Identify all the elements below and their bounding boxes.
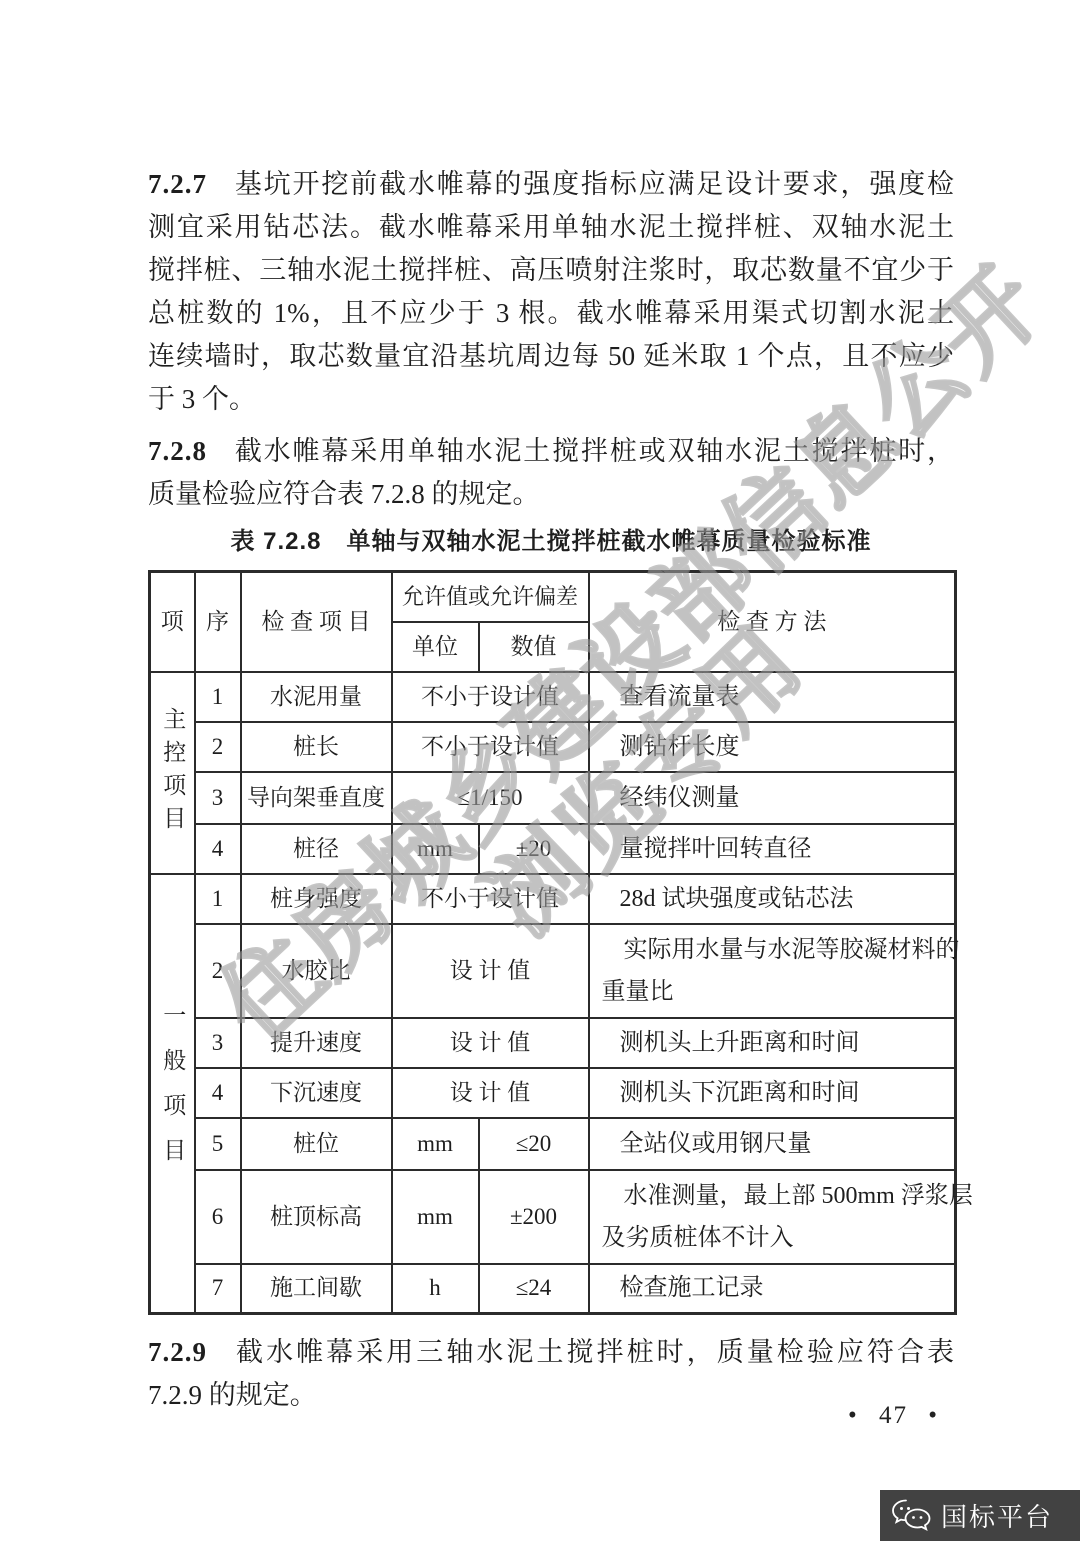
header-cell-method: 检 查 方 法 [589, 572, 956, 672]
cell-method-line: 及劣质桩体不计入 [602, 1217, 951, 1259]
clause-7-2-8: 7.2.8截水帷幕采用单轴水泥土搅拌桩或双轴水泥土搅拌桩时， 质量检验应符合表 … [148, 430, 954, 516]
cell-no: 3 [195, 1018, 241, 1068]
cell-value: ±20 [479, 824, 589, 874]
clause-text: 截水帷幕采用三轴水泥土搅拌桩时，质量检验应符合表 [233, 1337, 954, 1367]
cell-method-line: 水准测量，最上部 500mm 浮浆层 [602, 1175, 951, 1217]
page-content: 7.2.7基坑开挖前截水帷幕的强度指标应满足设计要求，强度检 测宜采用钻芯法。截… [148, 163, 954, 1417]
header-cell-value: 数值 [479, 622, 589, 672]
table-row: 5 桩位 mm ≤20 全站仪或用钢尺量 [150, 1118, 956, 1170]
group-label-general: 一般项目 [150, 874, 195, 1314]
cell-method: 测机头下沉距离和时间 [589, 1068, 956, 1118]
table-title: 表 7.2.8 单轴与双轴水泥土搅拌桩截水帷幕质量检验标准 [148, 524, 954, 560]
clause-line: 7.2.9截水帷幕采用三轴水泥土搅拌桩时，质量检验应符合表 [148, 1331, 954, 1374]
cell-method: 28d 试块强度或钻芯法 [589, 874, 956, 924]
clause-7-2-9: 7.2.9截水帷幕采用三轴水泥土搅拌桩时，质量检验应符合表 7.2.9 的规定。 [148, 1331, 954, 1417]
header-cell-unit: 单位 [392, 622, 479, 672]
cell-method: 测钻杆长度 [589, 722, 956, 772]
table-row: 7 施工间歇 h ≤24 检查施工记录 [150, 1264, 956, 1314]
table-row: 3 提升速度 设 计 值 测机头上升距离和时间 [150, 1018, 956, 1068]
cell-allow: 不小于设计值 [392, 672, 589, 722]
table-row: 4 下沉速度 设 计 值 测机头下沉距离和时间 [150, 1068, 956, 1118]
cell-no: 2 [195, 924, 241, 1018]
page-number: • 47 • [848, 1402, 939, 1430]
table-row: 主控项目 1 水泥用量 不小于设计值 查看流量表 [150, 672, 956, 722]
cell-item: 桩长 [241, 722, 392, 772]
cell-item: 下沉速度 [241, 1068, 392, 1118]
cell-unit: mm [392, 1170, 479, 1264]
clause-number: 7.2.9 [148, 1337, 233, 1367]
clause-line: 总桩数的 1%，且不应少于 3 根。截水帷幕采用渠式切割水泥土 [148, 292, 954, 335]
table-row: 2 水胶比 设 计 值 实际用水量与水泥等胶凝材料的 重量比 [150, 924, 956, 1018]
wechat-icon [890, 1498, 932, 1534]
header-cell-allow: 允许值或允许偏差 [392, 572, 589, 622]
clause-text: 截水帷幕采用单轴水泥土搅拌桩或双轴水泥土搅拌桩时， [233, 436, 954, 466]
clause-line: 搅拌桩、三轴水泥土搅拌桩、高压喷射注浆时，取芯数量不宜少于 [148, 249, 954, 292]
cell-unit: h [392, 1264, 479, 1314]
document-page: 7.2.7基坑开挖前截水帷幕的强度指标应满足设计要求，强度检 测宜采用钻芯法。截… [0, 0, 1080, 1566]
clause-line: 于 3 个。 [148, 378, 954, 421]
cell-method-line: 实际用水量与水泥等胶凝材料的 [602, 929, 951, 971]
cell-allow: ≤1/150 [392, 772, 589, 824]
table-row: 4 桩径 mm ±20 量搅拌叶回转直径 [150, 824, 956, 874]
cell-allow: 不小于设计值 [392, 722, 589, 772]
cell-method: 检查施工记录 [589, 1264, 956, 1314]
cell-item: 桩顶标高 [241, 1170, 392, 1264]
table-row: 6 桩顶标高 mm ±200 水准测量，最上部 500mm 浮浆层 及劣质桩体不… [150, 1170, 956, 1264]
badge-label: 国标平台 [941, 1497, 1053, 1534]
cell-item: 导向架垂直度 [241, 772, 392, 824]
clause-text: 基坑开挖前截水帷幕的强度指标应满足设计要求，强度检 [233, 169, 954, 199]
cell-method: 水准测量，最上部 500mm 浮浆层 及劣质桩体不计入 [589, 1170, 956, 1264]
cell-no: 4 [195, 824, 241, 874]
cell-allow: 设 计 值 [392, 1018, 589, 1068]
table-header-row: 项 序 检 查 项 目 允许值或允许偏差 检 查 方 法 [150, 572, 956, 622]
clause-number: 7.2.7 [148, 169, 233, 199]
cell-allow: 设 计 值 [392, 924, 589, 1018]
cell-no: 1 [195, 672, 241, 722]
cell-method-line: 重量比 [602, 971, 951, 1013]
cell-value: ≤20 [479, 1118, 589, 1170]
clause-7-2-7: 7.2.7基坑开挖前截水帷幕的强度指标应满足设计要求，强度检 测宜采用钻芯法。截… [148, 163, 954, 421]
cell-item: 水胶比 [241, 924, 392, 1018]
cell-no: 6 [195, 1170, 241, 1264]
cell-item: 水泥用量 [241, 672, 392, 722]
clause-line: 7.2.7基坑开挖前截水帷幕的强度指标应满足设计要求，强度检 [148, 163, 954, 206]
cell-no: 7 [195, 1264, 241, 1314]
cell-unit: mm [392, 824, 479, 874]
cell-allow: 不小于设计值 [392, 874, 589, 924]
cell-value: ±200 [479, 1170, 589, 1264]
brand-badge: 国标平台 [880, 1490, 1080, 1541]
cell-no: 4 [195, 1068, 241, 1118]
cell-method: 查看流量表 [589, 672, 956, 722]
cell-item: 桩位 [241, 1118, 392, 1170]
cell-item: 桩身强度 [241, 874, 392, 924]
header-cell-check: 检 查 项 目 [241, 572, 392, 672]
cell-allow: 设 计 值 [392, 1068, 589, 1118]
cell-value: ≤24 [479, 1264, 589, 1314]
quality-inspection-table: 项 序 检 查 项 目 允许值或允许偏差 检 查 方 法 单位 数值 主控项目 … [148, 570, 957, 1315]
header-cell-seq: 序 [195, 572, 241, 672]
cell-item: 提升速度 [241, 1018, 392, 1068]
clause-line: 质量检验应符合表 7.2.8 的规定。 [148, 473, 954, 516]
clause-number: 7.2.8 [148, 436, 233, 466]
clause-line: 7.2.9 的规定。 [148, 1374, 954, 1417]
cell-method: 全站仪或用钢尺量 [589, 1118, 956, 1170]
cell-no: 5 [195, 1118, 241, 1170]
cell-item: 桩径 [241, 824, 392, 874]
cell-method: 实际用水量与水泥等胶凝材料的 重量比 [589, 924, 956, 1018]
cell-method: 量搅拌叶回转直径 [589, 824, 956, 874]
group-label-main: 主控项目 [150, 672, 195, 874]
cell-method: 经纬仪测量 [589, 772, 956, 824]
header-cell-item: 项 [150, 572, 195, 672]
clause-line: 连续墙时，取芯数量宜沿基坑周边每 50 延米取 1 个点，且不应少 [148, 335, 954, 378]
table-row: 一般项目 1 桩身强度 不小于设计值 28d 试块强度或钻芯法 [150, 874, 956, 924]
table-row: 3 导向架垂直度 ≤1/150 经纬仪测量 [150, 772, 956, 824]
cell-no: 1 [195, 874, 241, 924]
cell-item: 施工间歇 [241, 1264, 392, 1314]
clause-line: 7.2.8截水帷幕采用单轴水泥土搅拌桩或双轴水泥土搅拌桩时， [148, 430, 954, 473]
cell-unit: mm [392, 1118, 479, 1170]
cell-no: 3 [195, 772, 241, 824]
cell-no: 2 [195, 722, 241, 772]
cell-method: 测机头上升距离和时间 [589, 1018, 956, 1068]
table-row: 2 桩长 不小于设计值 测钻杆长度 [150, 722, 956, 772]
clause-line: 测宜采用钻芯法。截水帷幕采用单轴水泥土搅拌桩、双轴水泥土 [148, 206, 954, 249]
